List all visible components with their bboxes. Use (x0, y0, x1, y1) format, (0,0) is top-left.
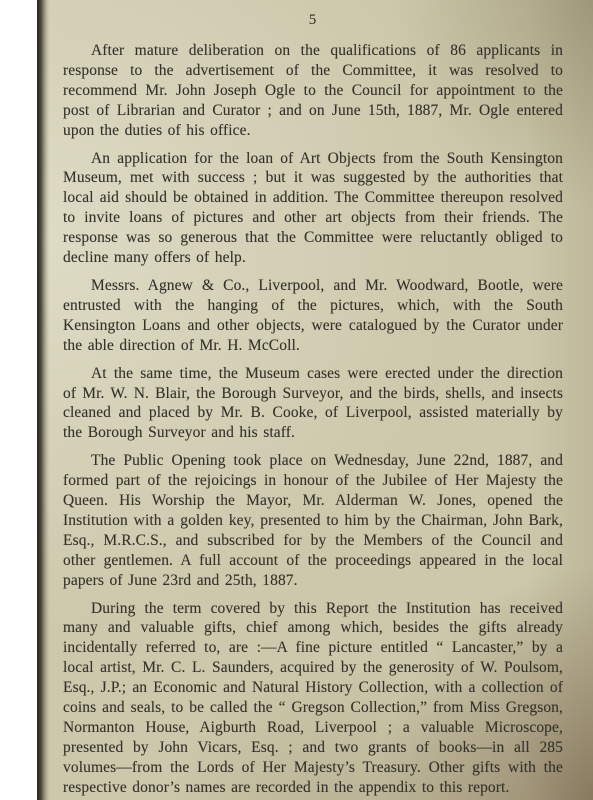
paragraph-museum-cases: At the same time, the Museum cases were … (63, 364, 563, 444)
paragraph-appointment-of-librarian: After mature deliberation on the qualifi… (63, 41, 563, 141)
page-body-text: After mature deliberation on the qualifi… (63, 41, 563, 798)
paragraph-gifts-received: During the term covered by this Report t… (63, 599, 563, 798)
scanned-book-page: 5 After mature deliberation on the quali… (0, 0, 593, 800)
page-number: 5 (63, 10, 563, 30)
paragraph-public-opening: The Public Opening took place on Wednesd… (63, 451, 563, 590)
page-surface: 5 After mature deliberation on the quali… (37, 0, 593, 800)
paragraph-hanging-of-pictures: Messrs. Agnew & Co., Liverpool, and Mr. … (63, 276, 563, 356)
binding-edge-shadow (37, 0, 50, 800)
paragraph-art-objects-loan: An application for the loan of Art Objec… (63, 149, 563, 268)
